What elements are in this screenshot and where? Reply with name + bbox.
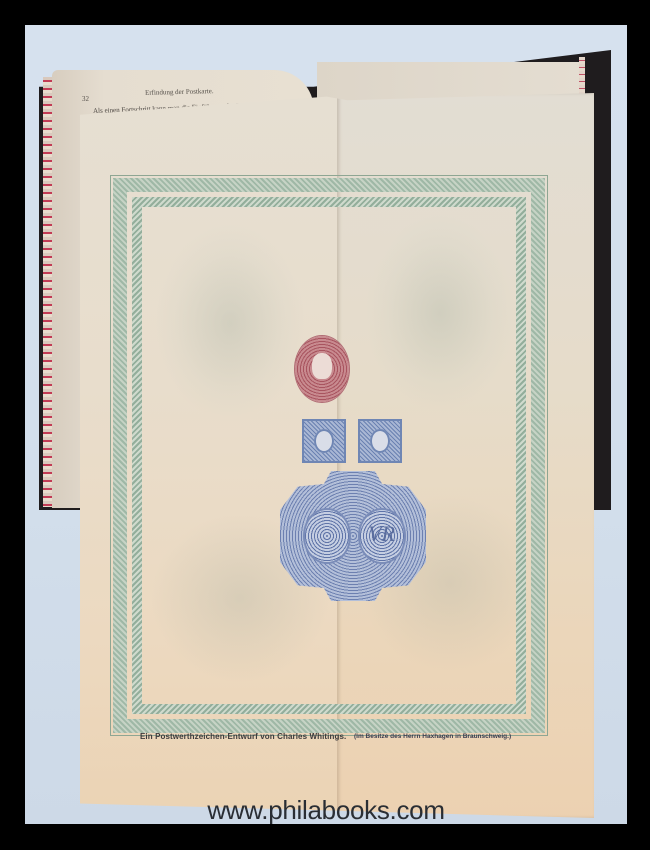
envelope-stamp-design xyxy=(280,471,426,601)
plate-caption: Ein Postwerthzeichen-Entwurf von Charles… xyxy=(140,732,346,741)
book-edge-left xyxy=(43,77,52,507)
monogram: VR xyxy=(368,521,395,547)
square-stamp xyxy=(302,419,346,463)
book-photo: 32 Erfindung der Postkarte. Als einen Fo… xyxy=(25,25,627,824)
square-stamp xyxy=(358,419,402,463)
page-number: 32 xyxy=(82,95,89,103)
website-watermark: www.philabooks.com xyxy=(25,795,627,824)
foldout-plate: VR Ein Postwerthzeichen-Entwurf von Char… xyxy=(80,93,594,818)
queen-head-icon xyxy=(312,353,332,379)
plate-caption-note: (Im Besitze des Herrn Haxhagen in Brauns… xyxy=(354,733,511,740)
rosette-medallion xyxy=(305,510,349,562)
